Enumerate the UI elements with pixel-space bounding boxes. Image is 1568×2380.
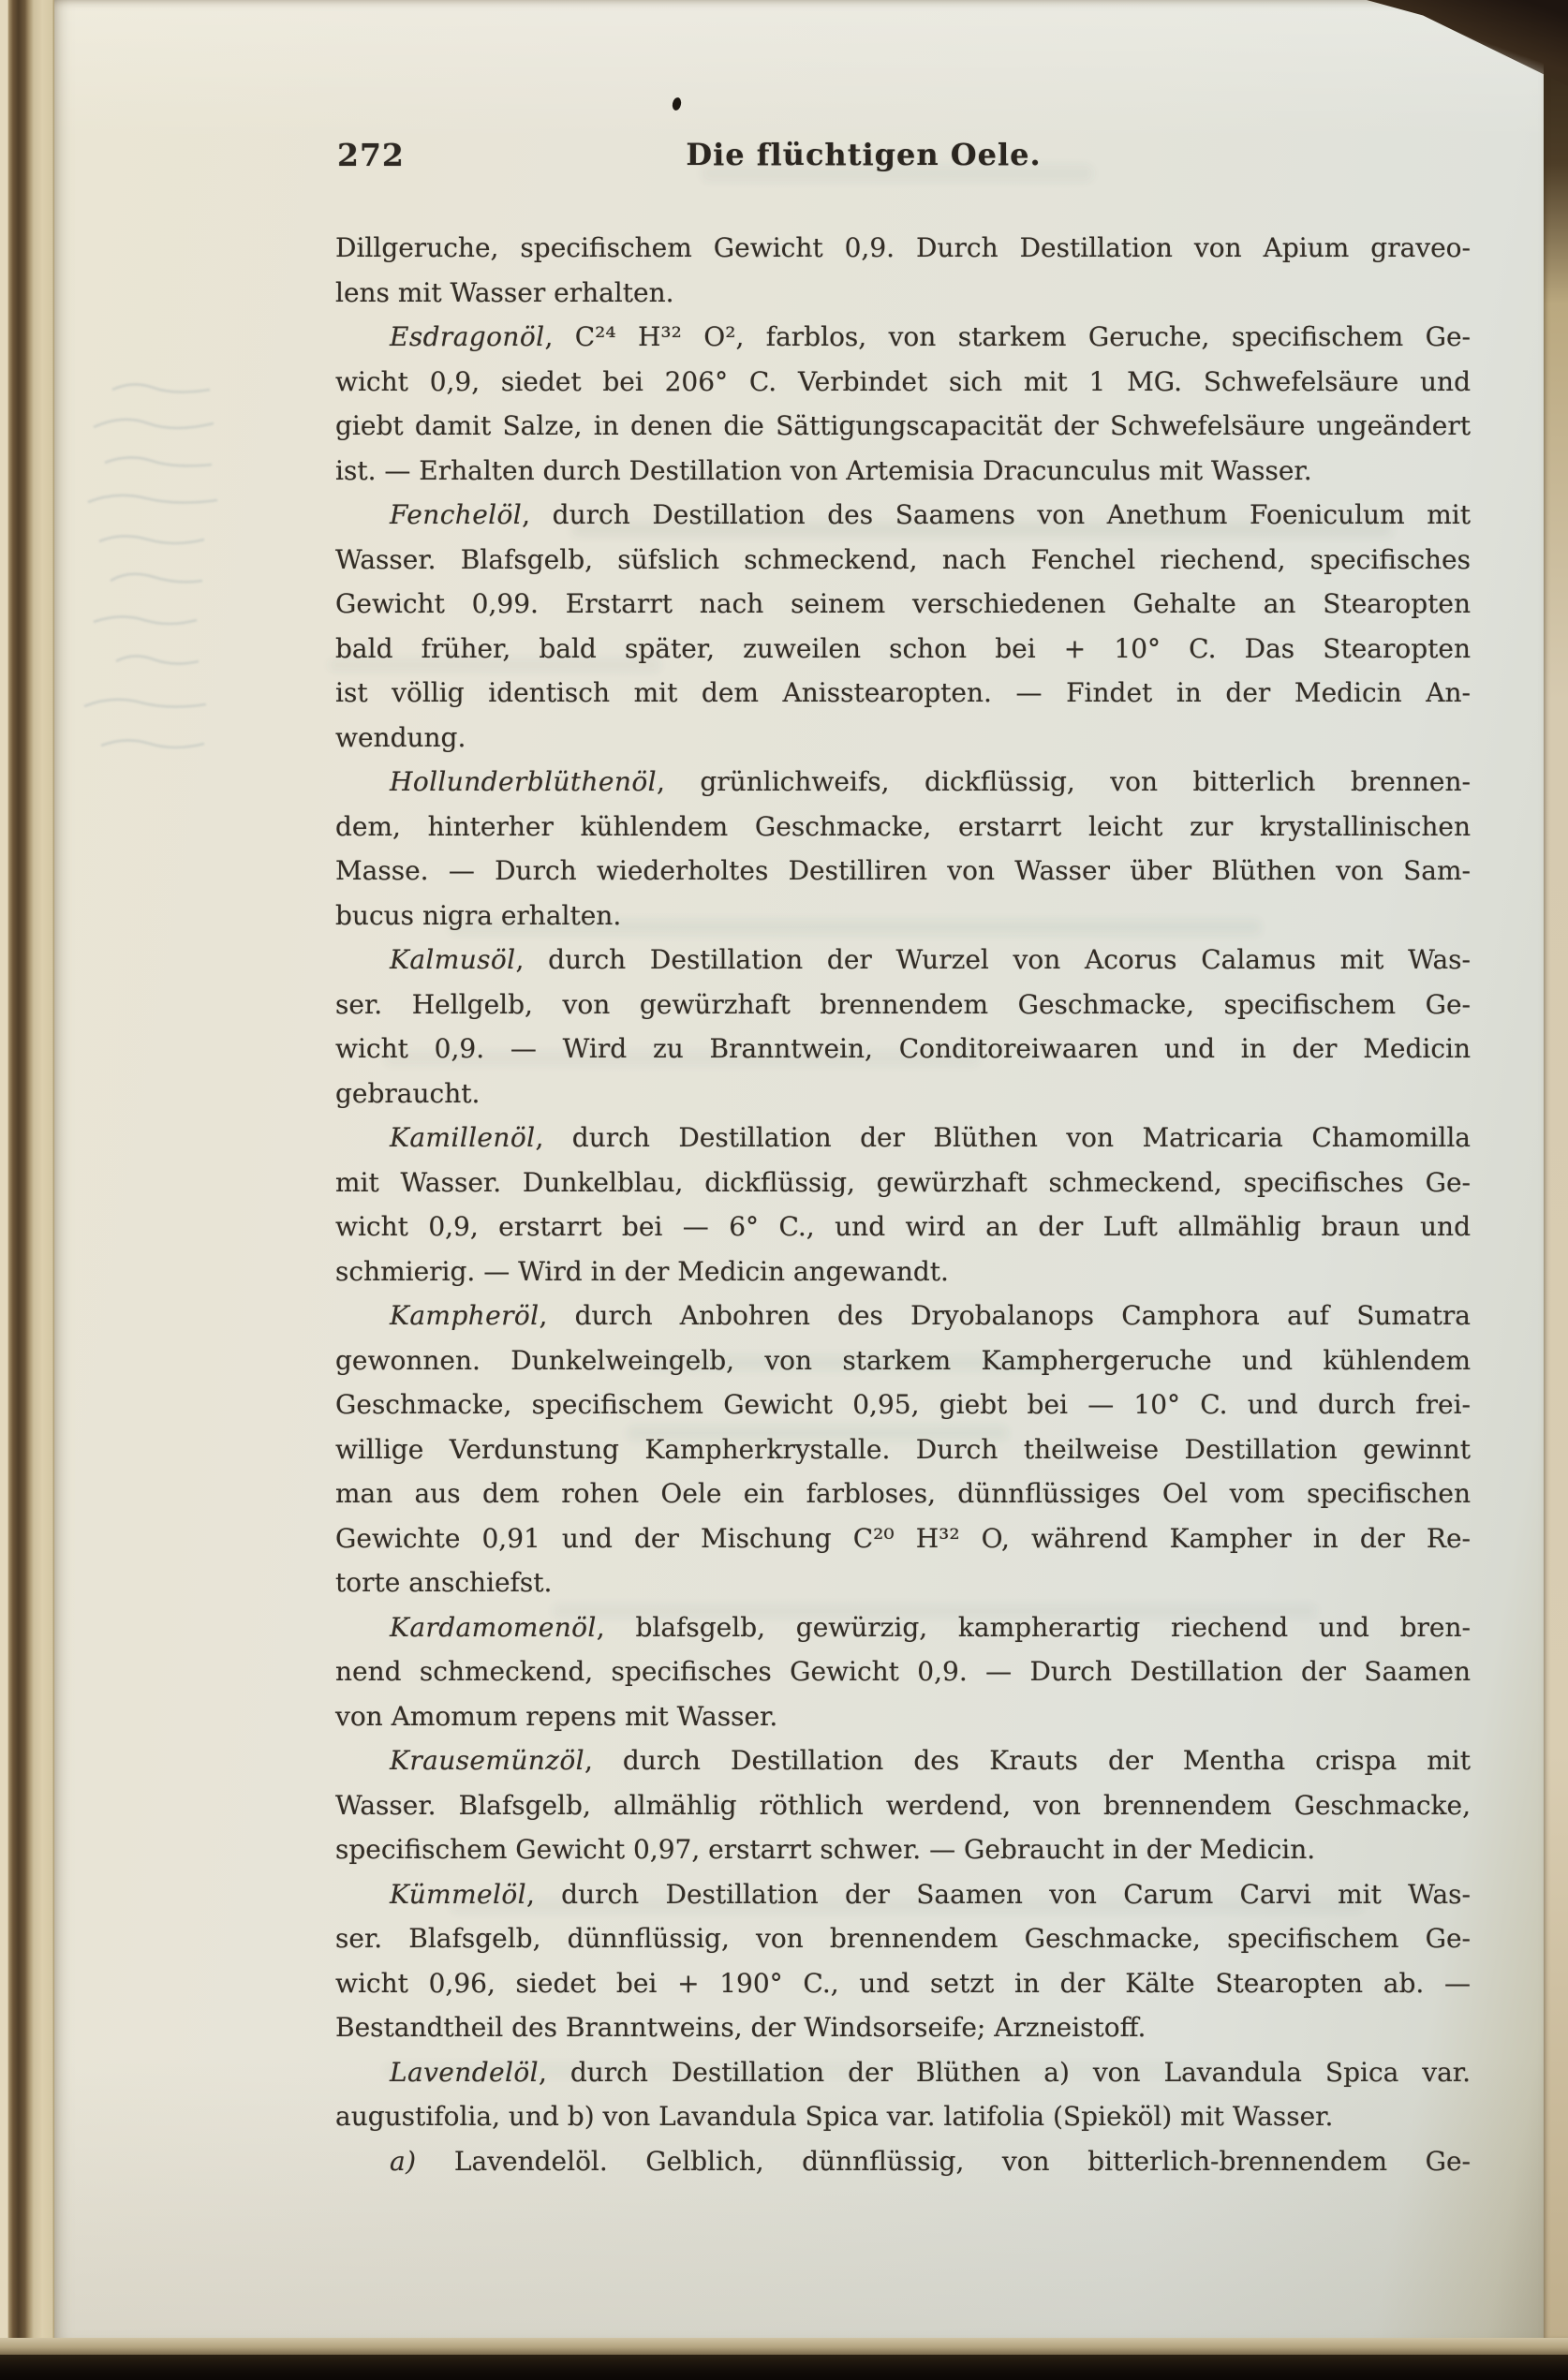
body-line: Kamillenöl, durch Destillation der Blüth… — [335, 1116, 1471, 1160]
oil-name: Kardamomenöl — [390, 1612, 597, 1643]
text-block: Dillgeruche, specifischem Gewicht 0,9. D… — [335, 226, 1471, 2183]
oil-name: Fenchelöl — [390, 499, 522, 530]
body-line: wicht 0,9. — Wird zu Branntwein, Condito… — [335, 1027, 1471, 1072]
body-line: Hollunderblüthenöl, grünlichweifs, dickf… — [335, 760, 1471, 805]
oil-name: Esdragonöl — [390, 321, 544, 352]
oil-name: Lavendelöl — [390, 2057, 539, 2088]
body-line: bucus nigra erhalten. — [335, 894, 1471, 939]
page: 272 Die flüchtigen Oele. Dillgeruche, sp… — [54, 0, 1544, 2338]
body-line: Esdragonöl, C²⁴ H³² O², farblos, von sta… — [335, 315, 1471, 360]
oil-name: Hollunderblüthenöl — [390, 766, 657, 797]
body-line: specifischem Gewicht 0,97, erstarrt schw… — [335, 1827, 1471, 1872]
running-title: Die flüchtigen Oele. — [296, 137, 1431, 172]
body-line: Dillgeruche, specifischem Gewicht 0,9. D… — [335, 226, 1471, 271]
body-line: giebt damit Salze, in denen die Sättigun… — [335, 404, 1471, 449]
body-line: Bestandtheil des Branntweins, der Windso… — [335, 2005, 1471, 2050]
body-line: Krausemünzöl, durch Destillation des Kra… — [335, 1738, 1471, 1783]
body-line: wendung. — [335, 716, 1471, 761]
body-line: a) Lavendelöl. Gelblich, dünnflüssig, vo… — [335, 2139, 1471, 2184]
body-line: Kalmusöl, durch Destillation der Wurzel … — [335, 938, 1471, 983]
body-line: ist völlig identisch mit dem Anisstearop… — [335, 671, 1471, 716]
body-line: Wasser. Blafsgelb, süfslich schmeckend, … — [335, 538, 1471, 583]
body-line: Masse. — Durch wiederholtes Destilliren … — [335, 849, 1471, 894]
body-line: Gewicht 0,99. Erstarrt nach seinem versc… — [335, 582, 1471, 627]
body-line: wicht 0,9, siedet bei 206° C. Verbindet … — [335, 360, 1471, 405]
oil-name: Kampheröl — [390, 1300, 540, 1331]
book-gutter — [0, 0, 54, 2355]
body-line: torte anschiefst. — [335, 1560, 1471, 1605]
body-line: gewonnen. Dunkelweingelb, von starkem Ka… — [335, 1338, 1471, 1383]
body-line: lens mit Wasser erhalten. — [335, 271, 1471, 316]
oil-name: Krausemünzöl — [390, 1745, 584, 1776]
body-line: Kardamomenöl, blafsgelb, gewürzig, kamph… — [335, 1605, 1471, 1650]
body-line: bald früher, bald später, zuweilen schon… — [335, 627, 1471, 672]
body-line: willige Verdunstung Kampherkrystalle. Du… — [335, 1427, 1471, 1472]
body-line: ser. Blafsgelb, dünnflüssig, von brennen… — [335, 1916, 1471, 1961]
body-line: dem, hinterher kühlendem Geschmacke, ers… — [335, 805, 1471, 850]
page-block-bottom-edge — [0, 2338, 1568, 2355]
fore-edge — [1544, 0, 1568, 2338]
body-line: wicht 0,96, siedet bei + 190° C., und se… — [335, 1961, 1471, 2006]
body-line: wicht 0,9, erstarrt bei — 6° C., und wir… — [335, 1205, 1471, 1249]
body-line: schmierig. — Wird in der Medicin angewan… — [335, 1249, 1471, 1294]
body-line: nend schmeckend, specifisches Gewicht 0,… — [335, 1649, 1471, 1694]
marginalia-handwriting — [56, 373, 290, 776]
body-line: ser. Hellgelb, von gewürzhaft brennendem… — [335, 983, 1471, 1027]
oil-name: Kümmelöl — [390, 1879, 526, 1910]
ink-blot — [672, 96, 683, 111]
body-line: ist. — Erhalten durch Destillation von A… — [335, 449, 1471, 494]
body-line: mit Wasser. Dunkelblau, dickflüssig, gew… — [335, 1160, 1471, 1205]
body-line: Gewichte 0,91 und der Mischung C²⁰ H³² O… — [335, 1516, 1471, 1561]
oil-name: Kalmusöl — [390, 944, 516, 975]
body-line: Lavendelöl, durch Destillation der Blüth… — [335, 2050, 1471, 2095]
book-scan-screenshot: { "page": { "number": "272", "running_ti… — [0, 0, 1568, 2380]
body-line: gebraucht. — [335, 1072, 1471, 1116]
oil-name: a) — [390, 2146, 416, 2177]
scan-background-band — [0, 2355, 1568, 2380]
body-line: Wasser. Blafsgelb, allmählig röthlich we… — [335, 1783, 1471, 1828]
oil-name: Kamillenöl — [390, 1122, 535, 1153]
body-line: Kampheröl, durch Anbohren des Dryobalano… — [335, 1293, 1471, 1338]
body-line: Fenchelöl, durch Destillation des Saamen… — [335, 493, 1471, 538]
body-line: von Amomum repens mit Wasser. — [335, 1694, 1471, 1739]
body-line: Geschmacke, specifischem Gewicht 0,95, g… — [335, 1382, 1471, 1427]
body-line: Kümmelöl, durch Destillation der Saamen … — [335, 1872, 1471, 1917]
page-header: 272 Die flüchtigen Oele. — [335, 137, 1471, 180]
body-line: man aus dem rohen Oele ein farbloses, dü… — [335, 1471, 1471, 1516]
body-line: augustifolia, und b) von Lavandula Spica… — [335, 2094, 1471, 2139]
